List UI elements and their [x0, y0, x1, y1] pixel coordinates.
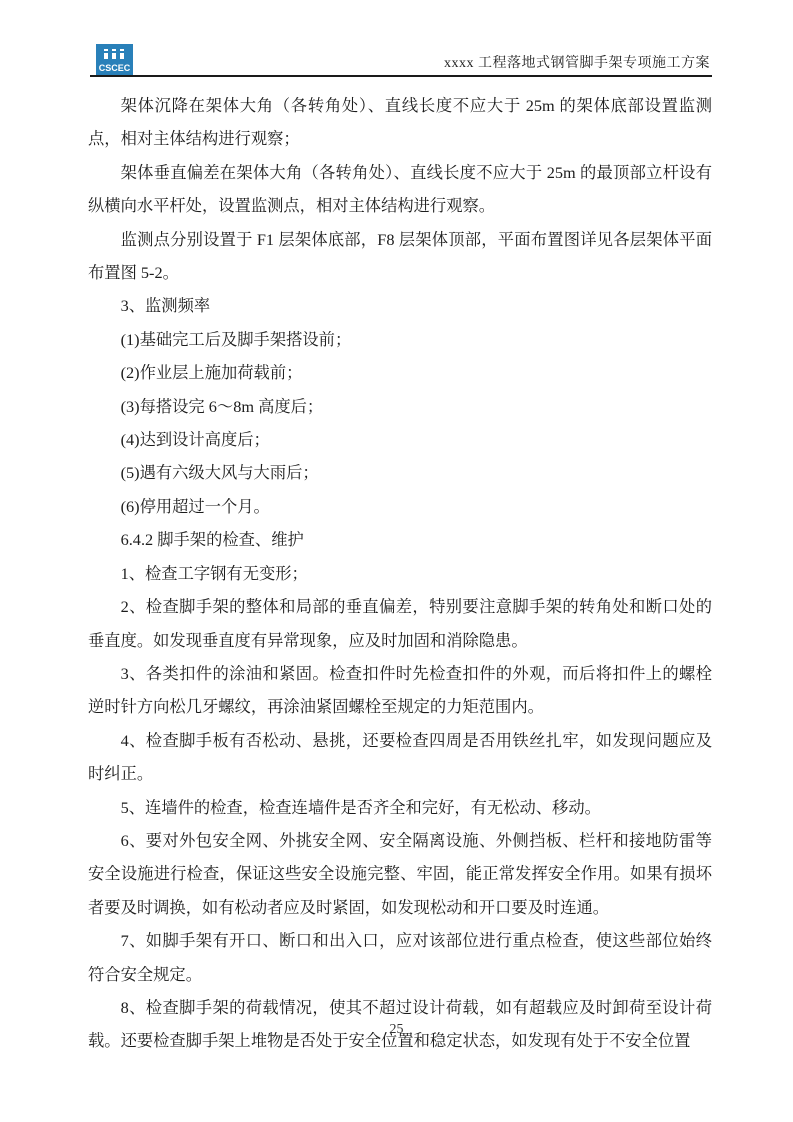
paragraph: (4)达到设计高度后； [88, 423, 712, 456]
paragraph: 3、各类扣件的涂油和紧固。检查扣件时先检查扣件的外观，而后将扣件上的螺栓逆时针方… [88, 657, 712, 724]
document-page: CSCEC xxxx 工程落地式钢管脚手架专项施工方案 架体沉降在架体大角（各转… [0, 0, 793, 1122]
paragraph: 架体沉降在架体大角（各转角处）、直线长度不应大于 25m 的架体底部设置监测点，… [88, 89, 712, 156]
paragraph: (2)作业层上施加荷载前； [88, 356, 712, 389]
paragraph: (5)遇有六级大风与大雨后； [88, 456, 712, 489]
paragraph: 1、检查工字钢有无变形； [88, 557, 712, 590]
paragraph: 监测点分别设置于 F1 层架体底部，F8 层架体顶部，平面布置图详见各层架体平面… [88, 223, 712, 290]
paragraph: 2、检查脚手架的整体和局部的垂直偏差，特别要注意脚手架的转角处和断口处的垂直度。… [88, 590, 712, 657]
paragraph: (3)每搭设完 6～8m 高度后； [88, 390, 712, 423]
svg-text:CSCEC: CSCEC [99, 63, 131, 73]
paragraph: 6.4.2 脚手架的检查、维护 [88, 523, 712, 556]
document-body: 架体沉降在架体大角（各转角处）、直线长度不应大于 25m 的架体底部设置监测点，… [88, 89, 712, 1058]
cscec-logo-icon: CSCEC [96, 44, 133, 77]
paragraph: 6、要对外包安全网、外挑安全网、安全隔离设施、外侧挡板、栏杆和接地防雷等安全设施… [88, 824, 712, 924]
header-rule [90, 75, 712, 77]
paragraph: 4、检查脚手板有否松动、悬挑，还要检查四周是否用铁丝扎牢，如发现问题应及时纠正。 [88, 724, 712, 791]
paragraph: 3、监测频率 [88, 289, 712, 322]
paragraph: (1)基础完工后及脚手架搭设前； [88, 323, 712, 356]
paragraph: 5、连墙件的检查，检查连墙件是否齐全和完好，有无松动、移动。 [88, 791, 712, 824]
paragraph: (6)停用超过一个月。 [88, 490, 712, 523]
page-number: 25 [0, 1022, 793, 1038]
cscec-logo: CSCEC [96, 44, 133, 77]
paragraph: 7、如脚手架有开口、断口和出入口，应对该部位进行重点检查，使这些部位始终符合安全… [88, 924, 712, 991]
paragraph: 架体垂直偏差在架体大角（各转角处）、直线长度不应大于 25m 的最顶部立杆设有纵… [88, 156, 712, 223]
header-title: xxxx 工程落地式钢管脚手架专项施工方案 [444, 52, 710, 72]
